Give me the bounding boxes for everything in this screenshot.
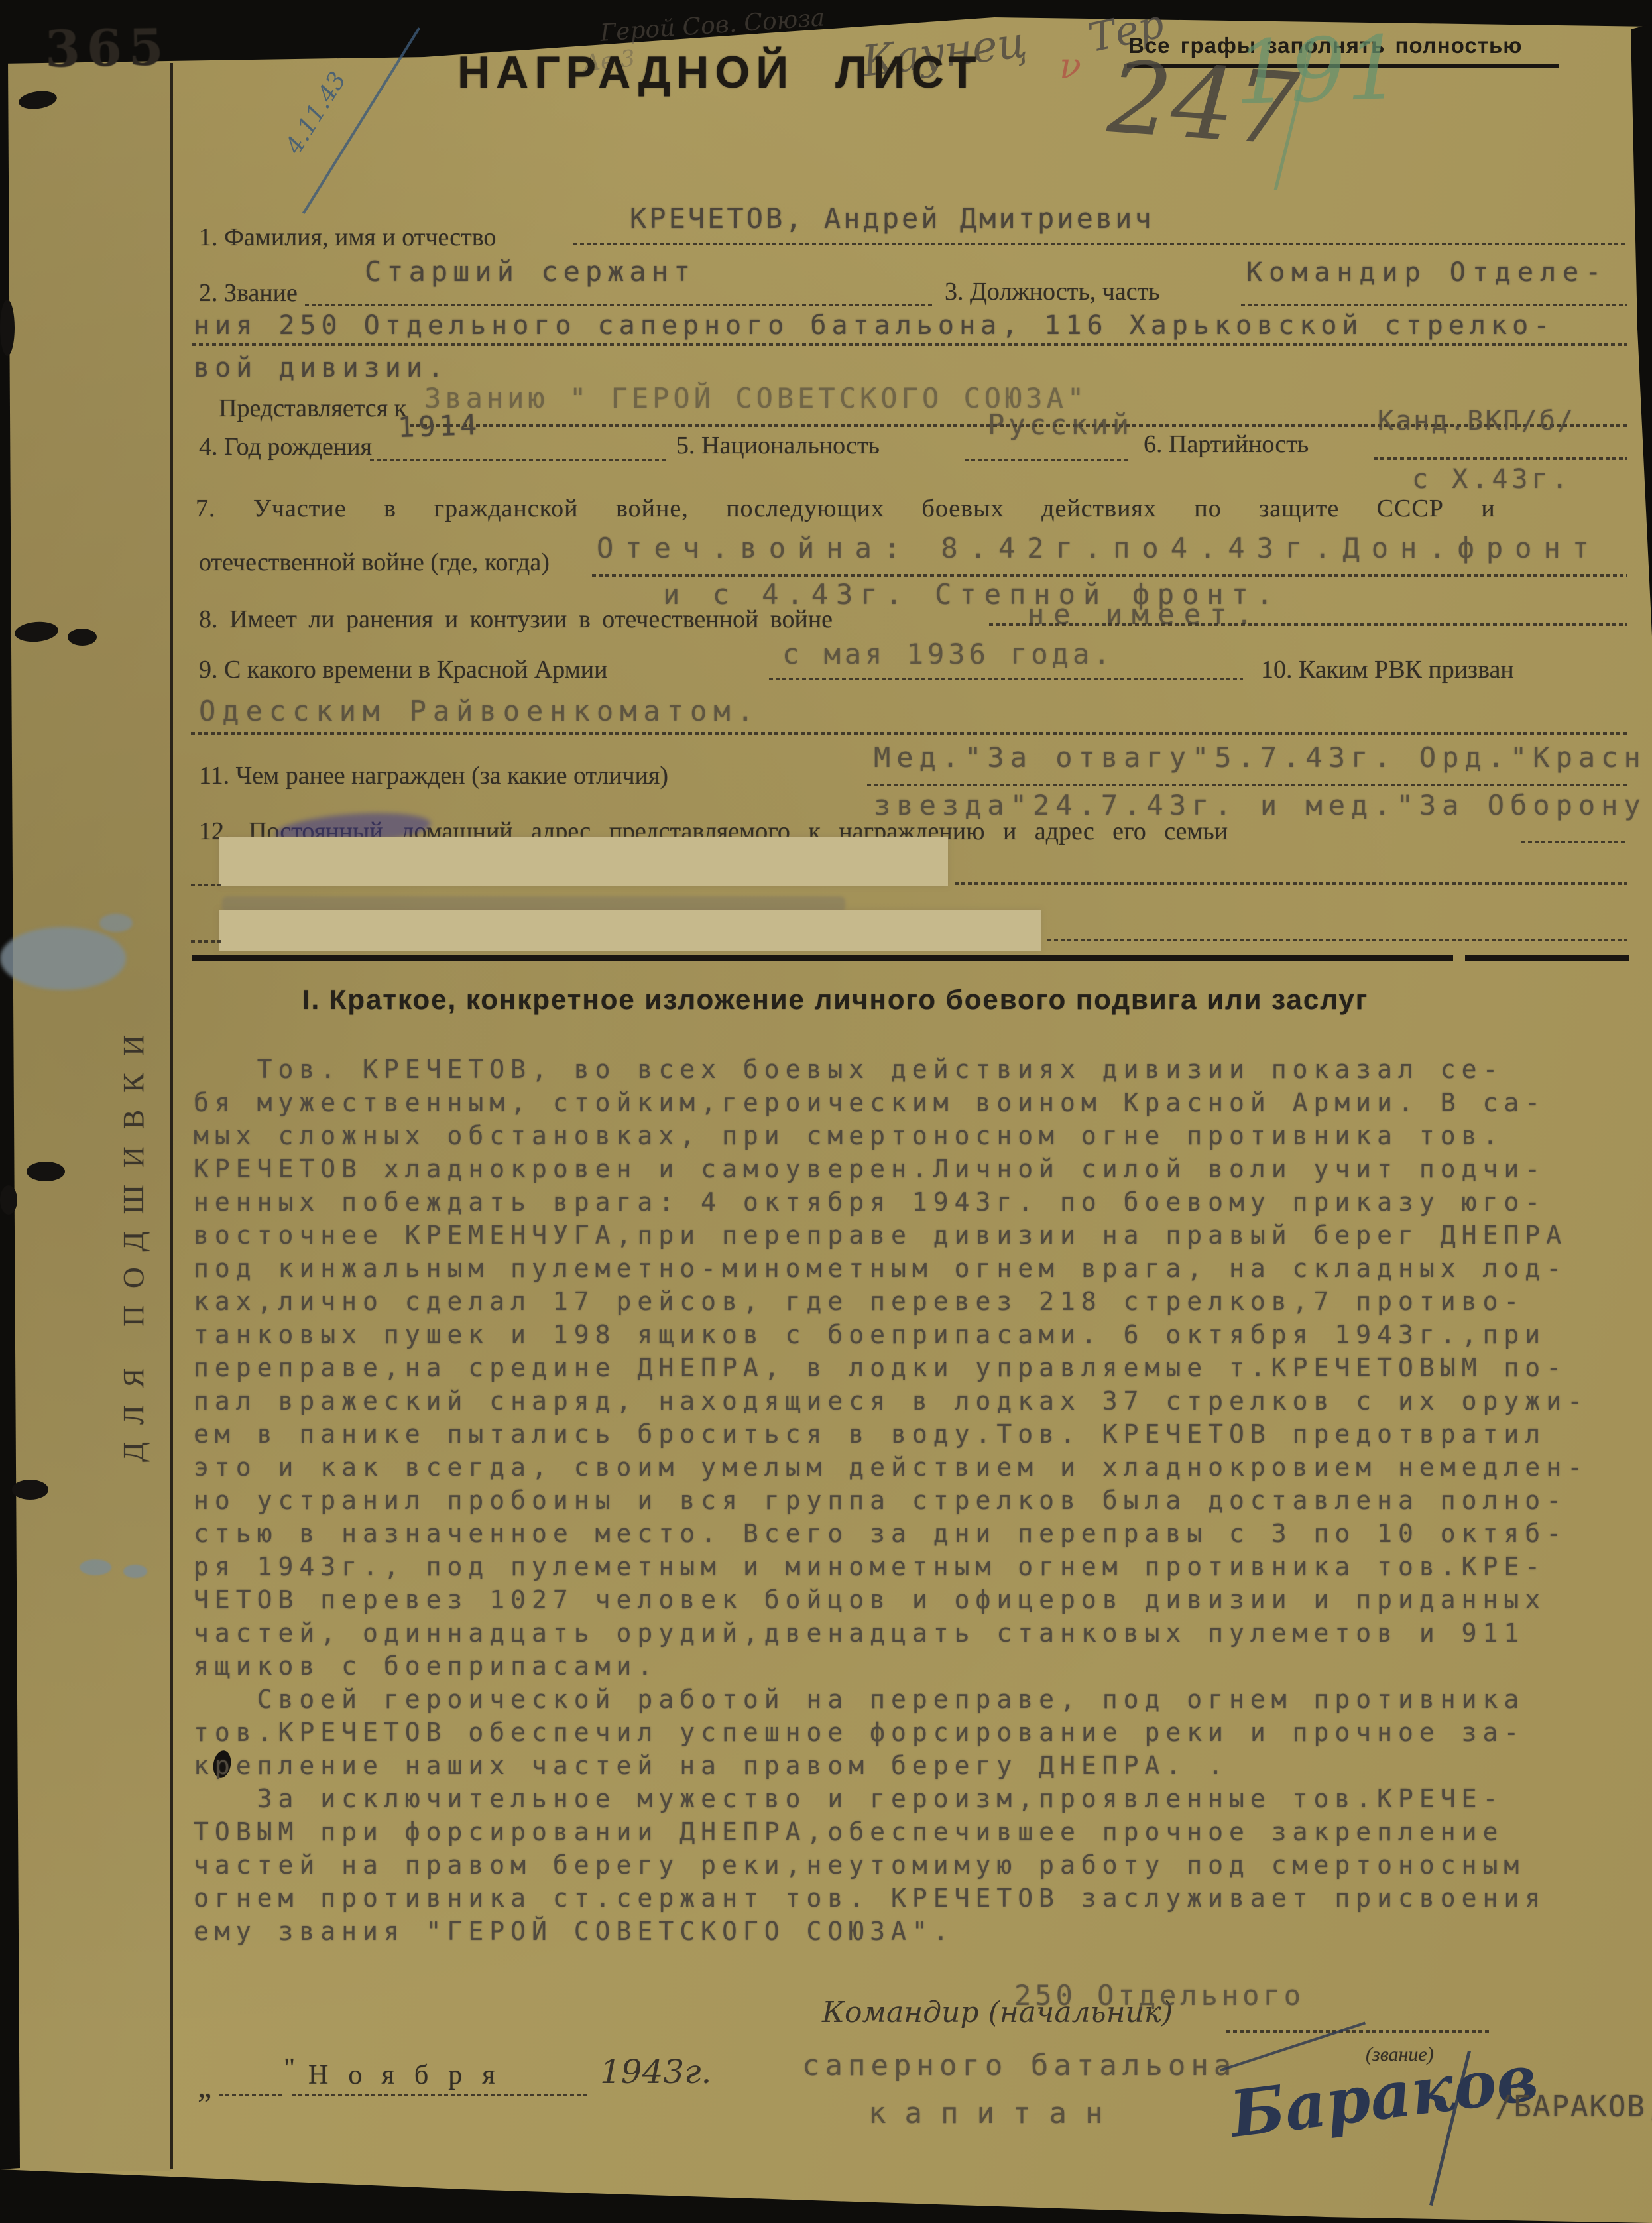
date-open-quote: „	[198, 2069, 211, 2105]
red-checkmark: ν	[1059, 45, 1081, 87]
field-6-value: Канд.ВКП/б/	[1378, 406, 1575, 436]
dotted-line	[573, 243, 1627, 245]
field-9-label: 9. С какого времени в Красной Армии	[199, 655, 607, 684]
citation-line: ках,лично сделал 17 рейсов, где перевез …	[194, 1285, 1642, 1318]
citation-line: За исключительное мужество и героизм,про…	[194, 1782, 1642, 1815]
dotted-line	[191, 884, 221, 886]
citation-line: ненных побеждать врага: 4 октября 1943г.…	[194, 1185, 1642, 1219]
field-11-value: Мед."За отвагу"5.7.43г. Орд."Красн	[874, 741, 1647, 774]
document-title: НАГРАДНОЙ ЛИСТ	[457, 46, 982, 98]
field-9-value: с мая 1936 года.	[782, 638, 1114, 670]
field-8-label: 8. Имеет ли ранения и контузии в отечест…	[199, 605, 833, 634]
scanned-award-sheet: ДЛЯ ПОДШИВКИ 365 4.11.43 Герой Сов. Союз…	[0, 0, 1652, 2223]
field-5-value: Русский	[988, 408, 1133, 441]
dotted-line	[370, 459, 668, 461]
binder-margin-text: ДЛЯ ПОДШИВКИ	[117, 812, 150, 1462]
date-month: Ноября	[308, 2059, 515, 2091]
field-3-value3: вой дивизии.	[194, 353, 449, 383]
field-6-value2: с X.43г.	[1412, 464, 1572, 495]
dotted-line	[219, 2094, 282, 2096]
dotted-line	[1047, 939, 1627, 941]
redaction-block	[219, 910, 1041, 951]
citation-line: ТОВЫМ при форсировании ДНЕПРА,обеспечивш…	[194, 1815, 1642, 1848]
dotted-line	[1374, 457, 1627, 460]
field-11-label: 11. Чем ранее награжден (за какие отличи…	[199, 761, 668, 790]
field-7-label2: отечественной войне (где, когда)	[199, 548, 550, 577]
punch-hole	[12, 1480, 48, 1500]
section-divider-segment	[1465, 955, 1629, 961]
page-number: 365	[44, 17, 170, 78]
dotted-line	[965, 459, 1130, 461]
punch-hole	[0, 300, 15, 356]
dotted-line	[989, 623, 1627, 626]
date-year: 1943г.	[600, 2053, 711, 2091]
citation-line: танковых пушек и 198 ящиков с боеприпаса…	[194, 1318, 1642, 1351]
field-10-label: 10. Каким РВК призван	[1261, 655, 1514, 684]
dotted-line	[305, 304, 935, 306]
field-3-value2: ния 250 Отдельного саперного батальона, …	[194, 310, 1555, 341]
unit-typed2: саперного батальона	[802, 2049, 1236, 2082]
green-number-191: 191	[1232, 17, 1403, 125]
field-2-value: Старший сержант	[365, 255, 695, 288]
field-4-value: 1914	[397, 408, 481, 444]
field-2-label: 2. Звание	[199, 278, 298, 308]
field-10-value: Одесским Райвоенкоматом.	[199, 695, 760, 727]
citation-line: Тов. КРЕЧЕТОВ, во всех боевых действиях …	[194, 1053, 1642, 1086]
citation-line: ящиков с боеприпасами.	[194, 1650, 1642, 1683]
dotted-line	[592, 574, 1627, 577]
dotted-line	[192, 343, 1627, 346]
dotted-line	[955, 882, 1627, 885]
field-5-label: 5. Национальность	[676, 431, 880, 460]
redaction-block	[219, 837, 948, 886]
dotted-line	[191, 940, 221, 943]
nominated-label: Представляется к	[219, 394, 406, 423]
punch-hole	[0, 1185, 17, 1215]
section-1-heading: I. Краткое, конкретное изложение личного…	[113, 984, 1558, 1016]
field-7-label: 7. Участие в гражданской войне, последую…	[196, 494, 1496, 523]
citation-line: частей на правом берегу реки,неутомимую …	[194, 1848, 1642, 1882]
field-4-label: 4. Год рождения	[199, 432, 372, 461]
citation-line: ему звания "ГЕРОЙ СОВЕТСКОГО СОЮЗА".	[194, 1915, 1642, 1948]
dotted-line	[867, 784, 1627, 786]
dotted-line	[1241, 304, 1627, 306]
dotted-line	[191, 732, 1627, 735]
citation-line: крепление наших частей на правом берегу …	[194, 1749, 1642, 1782]
citation-line: восточнее КРЕМЕНЧУГА,при переправе дивиз…	[194, 1219, 1642, 1252]
blue-dot	[80, 1559, 111, 1575]
field-1-label: 1. Фамилия, имя и отчество	[199, 223, 496, 252]
field-7-value: Отеч.война: 8.42г.по4.43г.Дон.фронт	[597, 532, 1601, 564]
citation-line: бя мужественным, стойким,героическим вои…	[194, 1086, 1642, 1119]
field-6-label: 6. Партийность	[1144, 430, 1309, 459]
unit-typed: 250 Отдельного	[1014, 1979, 1305, 2012]
blue-stain	[0, 927, 126, 990]
citation-line: тов.КРЕЧЕТОВ обеспечил успешное форсиров…	[194, 1716, 1642, 1749]
surname-typed: /БАРАКОВ,	[1495, 2090, 1652, 2124]
citation-line: мых сложных обстановках, при смертоносно…	[194, 1119, 1642, 1152]
field-3-label: 3. Должность, часть	[945, 277, 1160, 306]
citation-line: ем в панике пытались броситься в воду.То…	[194, 1417, 1642, 1451]
punch-hole	[27, 1162, 65, 1181]
date-quote: "	[284, 2053, 295, 2084]
margin-rule	[170, 63, 173, 2169]
dotted-line	[1521, 841, 1627, 843]
citation-line: стью в назначенное место. Всего за дни п…	[194, 1517, 1642, 1550]
section-divider	[192, 955, 1453, 961]
blue-dot	[123, 1565, 147, 1578]
dotted-line	[292, 2094, 590, 2096]
citation-line: но устранил пробоины и вся группа стрелк…	[194, 1484, 1642, 1517]
field-1-value: КРЕЧЕТОВ, Андрей Дмитриевич	[630, 202, 1154, 235]
citation-line: ЧЕТОВ перевез 1027 человек бойцов и офиц…	[194, 1583, 1642, 1616]
citation-line: под кинжальным пулеметно-минометным огне…	[194, 1252, 1642, 1285]
citation-line: это и как всегда, своим умелым действием…	[194, 1451, 1642, 1484]
citation-line: пал вражеский снаряд, находящиеся в лодк…	[194, 1384, 1642, 1417]
blue-stain-small	[99, 914, 133, 932]
punch-hole	[68, 629, 97, 646]
citation-line: ря 1943г., под пулеметным и минометным о…	[194, 1550, 1642, 1583]
citation-line: частей, одиннадцать орудий,двенадцать ст…	[194, 1616, 1642, 1650]
field-3-value: Командир Отделе-	[1246, 257, 1608, 288]
citation-line: КРЕЧЕТОВ хладнокровен и самоуверен.Лично…	[194, 1152, 1642, 1185]
citation-line: Своей героической работой на переправе, …	[194, 1683, 1642, 1716]
citation-line: переправе,на средине ДНЕПРА, в лодки упр…	[194, 1351, 1642, 1384]
dotted-line	[1226, 2030, 1492, 2033]
rank-typed: капитан	[868, 2096, 1121, 2130]
dotted-line	[769, 678, 1243, 680]
citation-line: огнем противника ст.сержант тов. КРЕЧЕТО…	[194, 1882, 1642, 1915]
citation-text: Тов. КРЕЧЕТОВ, во всех боевых действиях …	[194, 1053, 1642, 1948]
